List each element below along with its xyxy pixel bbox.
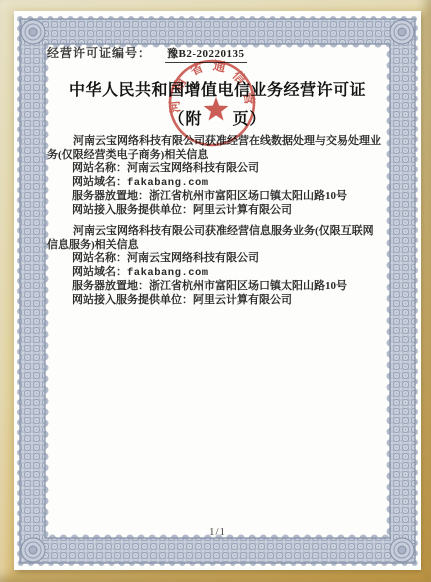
certificate-subtitle: （附页） xyxy=(14,106,421,129)
field-website-domain: 网站域名：fakabang.com xyxy=(47,266,383,281)
section-intro: 河南云宝网络科技有限公司获准经营在线数据处理与交易处理业务(仅限经营类电子商务)… xyxy=(47,135,383,162)
certificate-content: 经营许可证编号：豫B2-20220135 中华人民共和国增值电信业务经营许可证 … xyxy=(14,11,421,570)
field-label: 网站接入服务提供单位： xyxy=(72,204,193,216)
field-value: 浙江省杭州市富阳区场口镇太阳山路10号 xyxy=(149,190,347,202)
field-value: 河南云宝网络科技有限公司 xyxy=(127,252,259,264)
field-website-name: 网站名称：河南云宝网络科技有限公司 xyxy=(47,252,383,266)
field-server-location: 服务器放置地：浙江省杭州市富阳区场口镇太阳山路10号 xyxy=(47,280,383,294)
section-information-service: 河南云宝网络科技有限公司获准经营信息服务业务(仅限互联网信息服务)相关信息 网站… xyxy=(47,225,383,307)
field-website-domain: 网站域名：fakabang.com xyxy=(47,176,383,191)
field-website-name: 网站名称：河南云宝网络科技有限公司 xyxy=(47,162,383,176)
license-number-value: 豫B2-20220135 xyxy=(165,45,247,63)
field-label: 网站接入服务提供单位： xyxy=(72,294,193,306)
subtitle-left: （附 xyxy=(168,111,202,128)
field-access-provider: 网站接入服务提供单位：阿里云计算有限公司 xyxy=(47,294,383,308)
field-value: 阿里云计算有限公司 xyxy=(193,294,292,306)
subtitle-right: 页） xyxy=(233,111,267,128)
field-label: 服务器放置地： xyxy=(72,190,149,202)
certificate-title: 中华人民共和国增值电信业务经营许可证 xyxy=(14,77,421,100)
field-value: fakabang.com xyxy=(127,267,209,279)
certificate-paper: 经营许可证编号：豫B2-20220135 中华人民共和国增值电信业务经营许可证 … xyxy=(14,11,421,570)
field-label: 网站名称： xyxy=(72,162,127,174)
field-value: 阿里云计算有限公司 xyxy=(193,204,292,216)
field-server-location: 服务器放置地：浙江省杭州市富阳区场口镇太阳山路10号 xyxy=(47,190,383,204)
section-online-data-processing: 河南云宝网络科技有限公司获准经营在线数据处理与交易处理业务(仅限经营类电子商务)… xyxy=(47,135,383,217)
field-label: 网站名称： xyxy=(72,252,127,264)
license-number-line: 经营许可证编号：豫B2-20220135 xyxy=(47,44,247,63)
field-label: 服务器放置地： xyxy=(72,280,149,292)
page-number: 1/1 xyxy=(14,526,421,538)
field-label: 网站域名： xyxy=(72,266,127,278)
license-sections: 河南云宝网络科技有限公司获准经营在线数据处理与交易处理业务(仅限经营类电子商务)… xyxy=(47,135,383,307)
field-value: 河南云宝网络科技有限公司 xyxy=(127,162,259,174)
field-label: 网站域名： xyxy=(72,176,127,188)
field-value: 浙江省杭州市富阳区场口镇太阳山路10号 xyxy=(149,280,347,292)
license-number-label: 经营许可证编号： xyxy=(47,46,151,60)
scanned-certificate-backdrop: 经营许可证编号：豫B2-20220135 中华人民共和国增值电信业务经营许可证 … xyxy=(0,0,431,582)
section-intro: 河南云宝网络科技有限公司获准经营信息服务业务(仅限互联网信息服务)相关信息 xyxy=(47,225,383,252)
field-access-provider: 网站接入服务提供单位：阿里云计算有限公司 xyxy=(47,204,383,218)
field-value: fakabang.com xyxy=(127,177,209,189)
